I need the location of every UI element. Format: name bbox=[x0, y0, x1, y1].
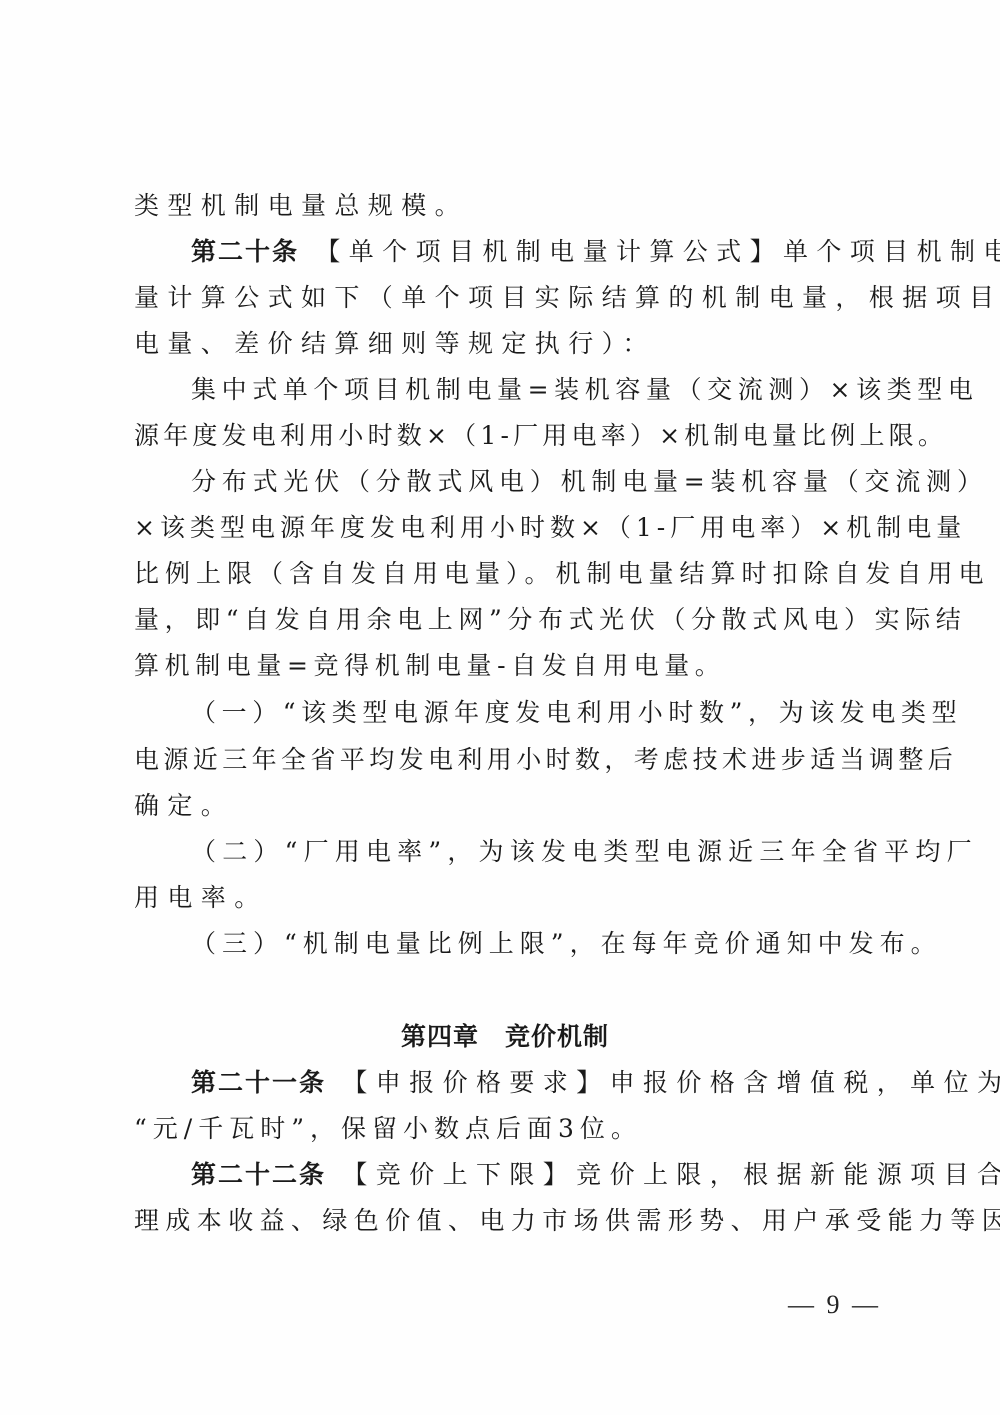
paragraph-line: 量计算公式如下（单个项目实际结算的机制电量，根据项目实际 bbox=[134, 275, 1000, 321]
article-number: 第二十一条 bbox=[191, 1068, 326, 1097]
formula-line: 源年度发电利用小时数×（1-厂用电率）×机制电量比例上限。 bbox=[134, 413, 947, 459]
article-number: 第二十条 bbox=[191, 237, 299, 266]
article-21-title-line: 第二十一条 【申报价格要求】申报价格含增值税，单位为 bbox=[191, 1060, 1000, 1106]
paragraph-line: 比例上限（含自发自用电量）。机制电量结算时扣除自发自用电 bbox=[134, 551, 990, 597]
paragraph-line: 量，即“自发自用余电上网”分布式光伏（分散式风电）实际结 bbox=[134, 597, 966, 643]
definition-item-3: （三）“机制电量比例上限”，在每年竞价通知中发布。 bbox=[191, 921, 942, 967]
article-22-title-line: 第二十二条 【竞价上下限】竞价上限，根据新能源项目合 bbox=[191, 1152, 1000, 1198]
paragraph-line: 用电率。 bbox=[134, 875, 268, 921]
formula-line: 分布式光伏（分散式风电）机制电量=装机容量（交流测） bbox=[191, 459, 988, 505]
formula-line: ×该类型电源年度发电利用小时数×（1-厂用电率）×机制电量 bbox=[134, 505, 966, 551]
paragraph-line: “元/千瓦时”，保留小数点后面3位。 bbox=[134, 1106, 642, 1152]
definition-item-1: （一）“该类型电源年度发电利用小时数”，为该发电类型 bbox=[191, 690, 962, 736]
paragraph-line: 电量、差价结算细则等规定执行）： bbox=[134, 321, 656, 367]
chapter-heading: 第四章 竞价机制 bbox=[134, 1014, 876, 1060]
definition-item-2: （二）“厂用电率”，为该发电类型电源近三年全省平均厂 bbox=[191, 829, 978, 875]
document-page: 类型机制电量总规模。 第二十条 【单个项目机制电量计算公式】单个项目机制电 量计… bbox=[0, 0, 1000, 1415]
paragraph-line: 电源近三年全省平均发电利用小时数，考虑技术进步适当调整后 bbox=[134, 737, 957, 783]
paragraph-line: 理成本收益、绿色价值、电力市场供需形势、用户承受能力等因 bbox=[134, 1198, 1000, 1244]
article-number: 第二十二条 bbox=[191, 1160, 326, 1189]
paragraph-line: 类型机制电量总规模。 bbox=[134, 183, 468, 229]
paragraph-line: 确定。 bbox=[134, 783, 234, 829]
paragraph-line: 算机制电量=竞得机制电量-自发自用电量。 bbox=[134, 643, 725, 689]
formula-line: 集中式单个项目机制电量=装机容量（交流测）×该类型电 bbox=[191, 367, 979, 413]
page-number: — 9 — bbox=[788, 1288, 888, 1322]
article-20-title-line: 第二十条 【单个项目机制电量计算公式】单个项目机制电 bbox=[191, 229, 1000, 275]
